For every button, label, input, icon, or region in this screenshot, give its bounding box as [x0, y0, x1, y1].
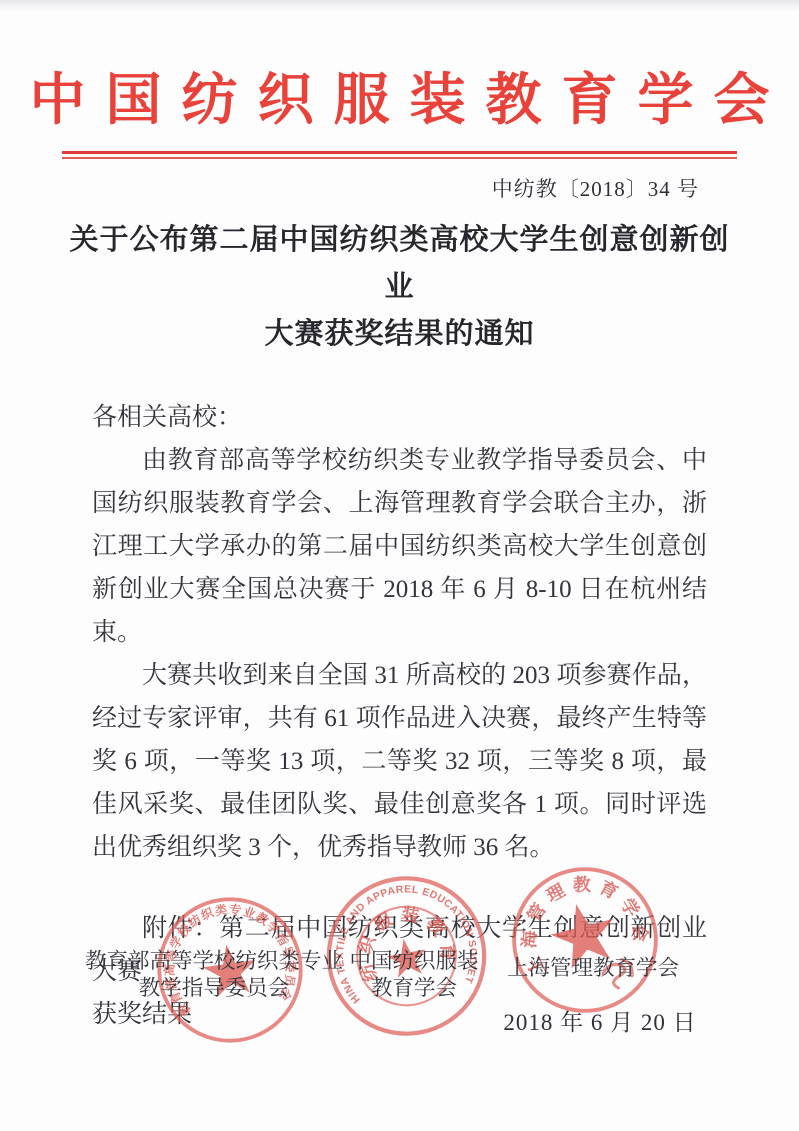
- salutation: 各相关高校：: [92, 396, 707, 439]
- document-date: 2018 年 6 月 20 日: [501, 1004, 699, 1037]
- paragraph-results: 大赛共收到来自全国 31 所高校的 203 项参赛作品，经过专家评审，共有 61…: [92, 654, 707, 869]
- paragraph-organizers: 由教育部高等学校纺织类专业教学指导委员会、中国纺织服装教育学会、上海管理教育学会…: [92, 439, 707, 654]
- document-number: 中纺教〔2018〕34 号: [0, 173, 699, 203]
- notice-title-line2: 大赛获奖结果的通知: [264, 318, 534, 350]
- signature-line1: 教育部高等学校纺织类专业: [85, 949, 343, 973]
- letterhead-title: 中国纺织服装教育学会: [0, 0, 799, 135]
- signature-line2: 教学指导委员会: [139, 976, 290, 1000]
- signature-textile-society: 中国纺织服装教育学会: [347, 948, 481, 1002]
- notice-title: 关于公布第二届中国纺织类高校大学生创意创新创业大赛获奖结果的通知: [55, 217, 744, 358]
- scan-edge-artifact: [0, 0, 799, 12]
- signature-line1: 中国纺织服装: [349, 949, 478, 973]
- signature-line2: 教育学会: [371, 976, 457, 1000]
- signature-shanghai-society: 上海管理教育学会: [504, 955, 682, 982]
- document-page: 中国纺织服装教育学会 中纺教〔2018〕34 号 关于公布第二届中国纺织类高校大…: [0, 0, 799, 1131]
- letterhead-rule: [62, 151, 737, 159]
- signature-line1: 上海管理教育学会: [507, 956, 679, 980]
- signature-teaching-committee: 教育部高等学校纺织类专业教学指导委员会: [84, 948, 344, 1002]
- notice-title-line1: 关于公布第二届中国纺织类高校大学生创意创新创业: [69, 224, 729, 303]
